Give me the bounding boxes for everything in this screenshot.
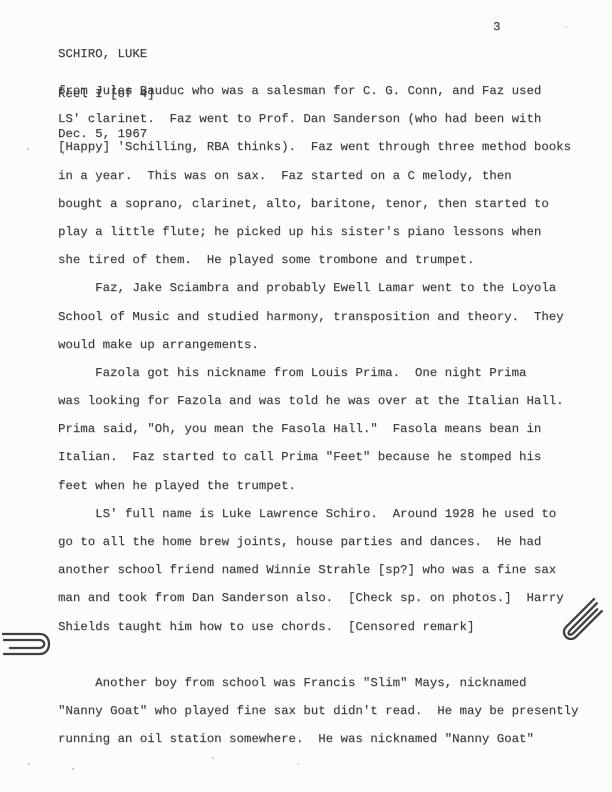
- body-line: another school friend named Winnie Strah…: [58, 556, 579, 584]
- body-line: School of Music and studied harmony, tra…: [58, 303, 579, 331]
- body-line: go to all the home brew joints, house pa…: [58, 528, 579, 556]
- body-line: from Jules Bauduc who was a salesman for…: [58, 77, 579, 105]
- body-line: Fazola got his nickname from Louis Prima…: [58, 359, 579, 387]
- body-line: Shields taught him how to use chords. [C…: [58, 613, 579, 641]
- scan-speck: [212, 757, 214, 759]
- body-line: running an oil station somewhere. He was…: [58, 725, 579, 753]
- body-line: Another boy from school was Francis "Sli…: [58, 669, 579, 697]
- scanned-document-page: SCHIRO, LUKE Reel I [of 4] Dec. 5, 1967 …: [0, 0, 612, 792]
- body-line: would make up arrangements.: [58, 331, 579, 359]
- body-line: man and took from Dan Sanderson also. [C…: [58, 584, 579, 612]
- body-line: LS' clarinet. Faz went to Prof. Dan Sand…: [58, 105, 579, 133]
- body-line: LS' full name is Luke Lawrence Schiro. A…: [58, 500, 579, 528]
- scan-speck: [62, 153, 64, 155]
- body-line: bought a soprano, clarinet, alto, barito…: [58, 190, 579, 218]
- scan-speck: [565, 26, 567, 28]
- body-line: Faz, Jake Sciambra and probably Ewell La…: [58, 274, 579, 302]
- body-line: in a year. This was on sax. Faz started …: [58, 162, 579, 190]
- body-line: Prima said, "Oh, you mean the Fasola Hal…: [58, 415, 579, 443]
- document-body: from Jules Bauduc who was a salesman for…: [58, 77, 579, 754]
- page-number: 3: [493, 20, 500, 34]
- scan-speck: [27, 148, 29, 150]
- scan-speck: [297, 763, 299, 765]
- body-line: play a little flute; he picked up his si…: [58, 218, 579, 246]
- body-line: feet when he played the trumpet.: [58, 472, 579, 500]
- body-line: "Nanny Goat" who played fine sax but did…: [58, 697, 579, 725]
- scan-speck: [72, 768, 74, 770]
- paperclip-icon: [2, 627, 58, 666]
- body-line: [Happy] 'Schilling, RBA thinks). Faz wen…: [58, 133, 579, 161]
- body-line: she tired of them. He played some trombo…: [58, 246, 579, 274]
- body-line: was looking for Fazola and was told he w…: [58, 387, 579, 415]
- body-line: [58, 641, 579, 669]
- body-line: Italian. Faz started to call Prima "Feet…: [58, 443, 579, 471]
- scan-speck: [28, 763, 30, 765]
- header-name-line: SCHIRO, LUKE: [58, 48, 155, 61]
